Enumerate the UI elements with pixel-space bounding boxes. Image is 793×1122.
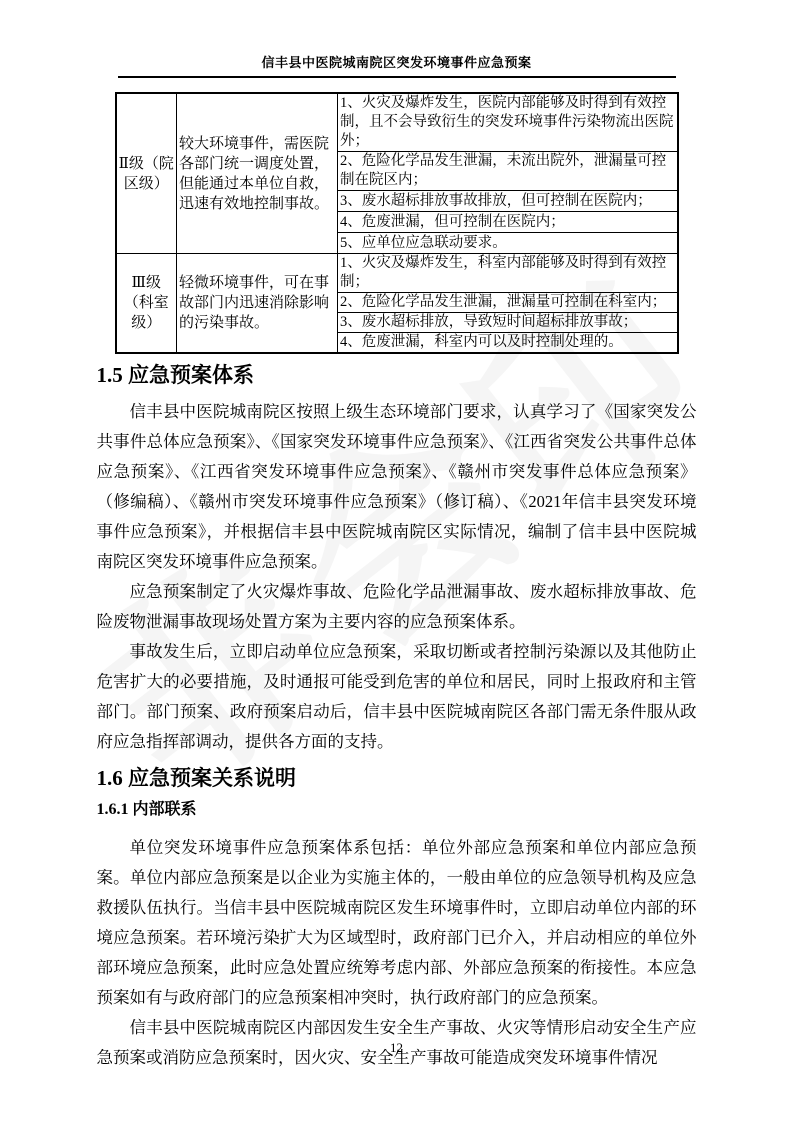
criteria-cell: 4、危废泄漏，但可控制在医院内；: [338, 212, 678, 233]
criteria-cell: 4、危废泄漏，科室内可以及时控制处理的。: [338, 333, 678, 354]
criteria-cell: 3、废水超标排放事故排放，但可控制在医院内；: [338, 191, 678, 212]
paragraph: 信丰县中医院城南院区按照上级生态环境部门要求，认真学习了《国家突发公共事件总体应…: [97, 397, 697, 577]
description-cell-3: 轻微环境事件，可在事故部门内迅速消除影响的污染事故。: [177, 254, 338, 354]
criteria-cell: 3、废水超标排放，导致短时间超标排放事故；: [338, 313, 678, 333]
page-number: 12: [0, 1040, 793, 1056]
document-page: 非 会 印 信丰县中医院城南院区突发环境事件应急预案 Ⅱ级（院区级） 较大环境事…: [0, 0, 793, 1122]
criteria-cell: 5、应单位应急联动要求。: [338, 233, 678, 254]
level-cell-3: Ⅲ级（科室级）: [116, 254, 177, 354]
content-column: Ⅱ级（院区级） 较大环境事件，需医院各部门统一调度处置，但能通过本单位自救，迅速…: [97, 92, 697, 1073]
criteria-cell: 2、危险化学品发生泄漏，未流出院外，泄漏量可控制在院区内；: [338, 152, 678, 191]
table-row: Ⅱ级（院区级） 较大环境事件，需医院各部门统一调度处置，但能通过本单位自救，迅速…: [116, 93, 678, 152]
criteria-cell: 2、危险化学品发生泄漏，泄漏量可控制在科室内；: [338, 293, 678, 313]
table-row: Ⅲ级（科室级） 轻微环境事件，可在事故部门内迅速消除影响的污染事故。 1、火灾及…: [116, 254, 678, 293]
description-cell-2: 较大环境事件，需医院各部门统一调度处置，但能通过本单位自救，迅速有效地控制事故。: [177, 93, 338, 254]
header-rule: [118, 76, 676, 78]
incident-classification-table: Ⅱ级（院区级） 较大环境事件，需医院各部门统一调度处置，但能通过本单位自救，迅速…: [115, 92, 679, 354]
paragraph: 单位突发环境事件应急预案体系包括：单位外部应急预案和单位内部应急预案。单位内部应…: [97, 833, 697, 1013]
section-heading-1-5: 1.5 应急预案体系: [97, 363, 697, 388]
header-title: 信丰县中医院城南院区突发环境事件应急预案: [0, 52, 793, 71]
paragraph: 应急预案制定了火灾爆炸事故、危险化学品泄漏事故、废水超标排放事故、危险废物泄漏事…: [97, 577, 697, 637]
criteria-cell: 1、火灾及爆炸发生，医院内部能够及时得到有效控制，且不会导致衍生的突发环境事件污…: [338, 93, 678, 152]
paragraph: 事故发生后，立即启动单位应急预案，采取切断或者控制污染源以及其他防止危害扩大的必…: [97, 637, 697, 757]
criteria-cell: 1、火灾及爆炸发生，科室内部能够及时得到有效控制；: [338, 254, 678, 293]
page-header: 信丰县中医院城南院区突发环境事件应急预案: [0, 0, 793, 78]
level-cell-2: Ⅱ级（院区级）: [116, 93, 177, 254]
section-heading-1-6: 1.6 应急预案关系说明: [97, 766, 697, 791]
section-heading-1-6-1: 1.6.1 内部联系: [97, 800, 697, 821]
